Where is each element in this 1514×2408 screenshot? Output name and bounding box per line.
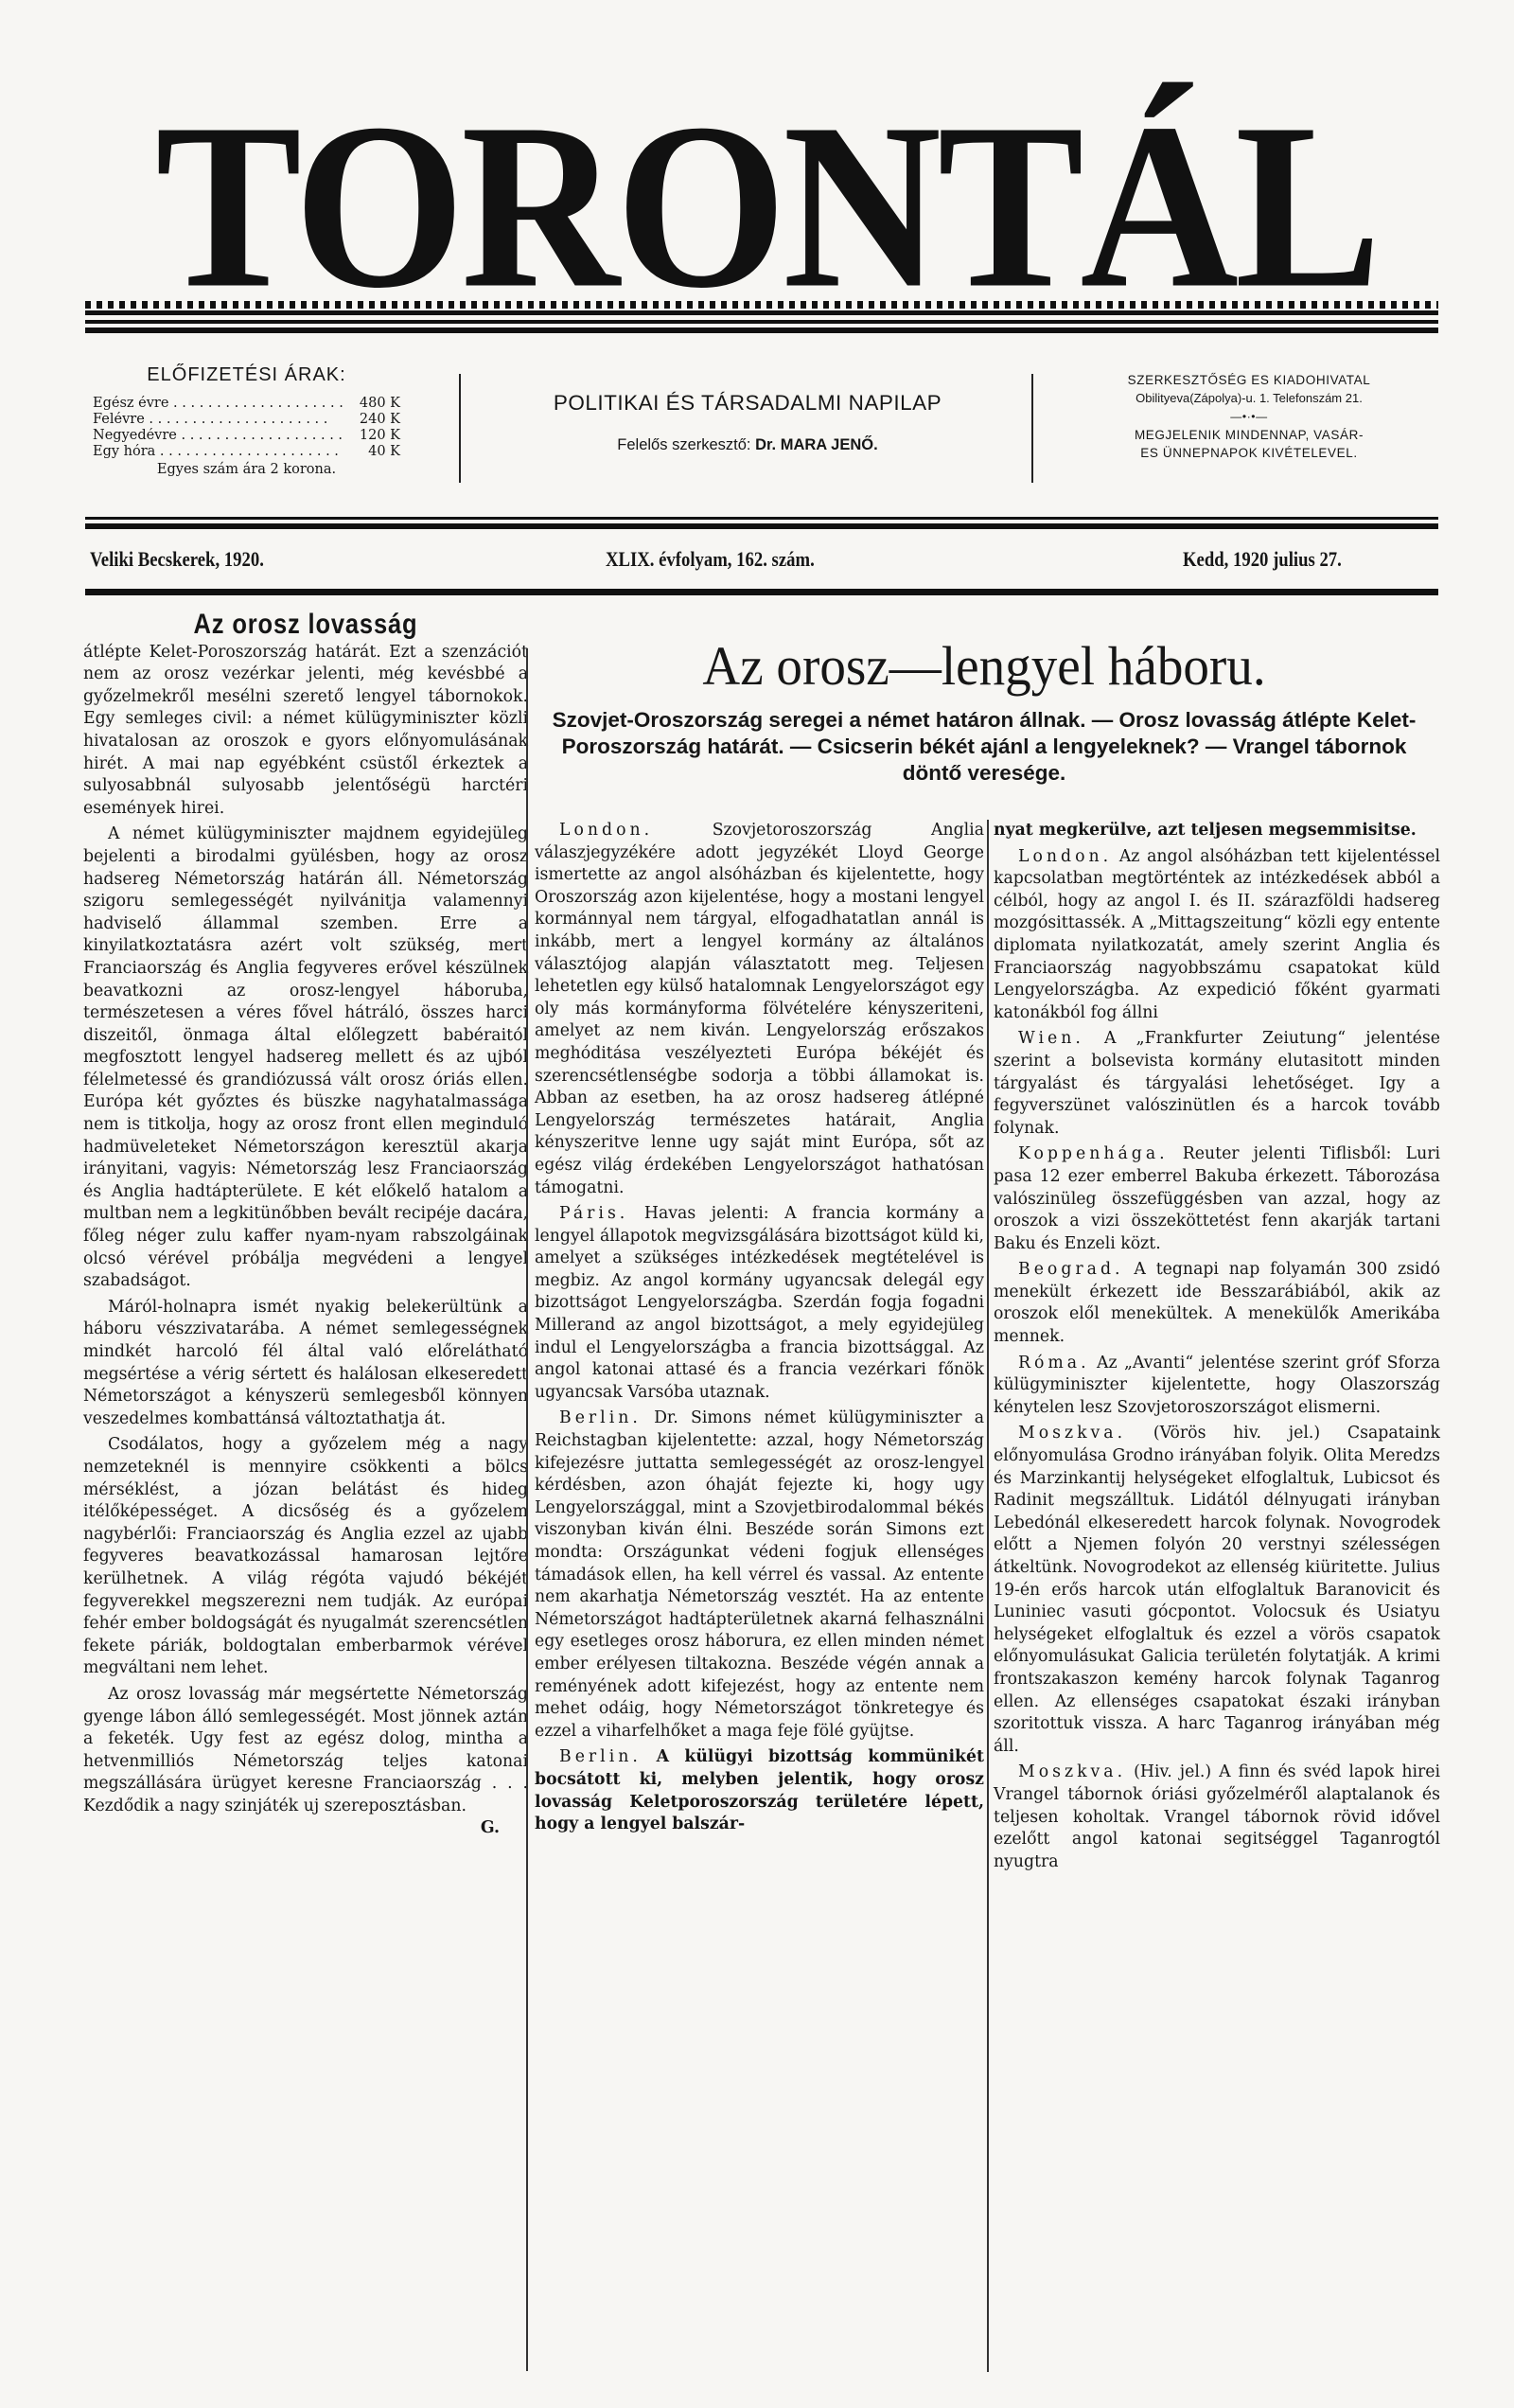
news-item: Beograd. A tegnapi nap folyamán 300 zsid… bbox=[994, 1259, 1440, 1348]
masthead-ornament bbox=[85, 301, 1438, 309]
news-dateline: London. bbox=[1018, 847, 1112, 866]
author-signature: G. bbox=[83, 1817, 528, 1840]
editor-line: Felelős szerkesztő: Dr. MARA JENŐ. bbox=[464, 436, 1031, 454]
place-year: Veliki Becskerek, 1920. bbox=[90, 547, 264, 572]
news-item: Berlin. Dr. Simons német külügyminiszter… bbox=[535, 1408, 984, 1743]
masthead-rule bbox=[85, 320, 1438, 324]
masthead-rule bbox=[85, 328, 1438, 333]
news-dateline: London. bbox=[559, 821, 653, 840]
news-item: Moszkva. (Hiv. jel.) A finn és svéd lapo… bbox=[994, 1762, 1440, 1873]
news-dateline: Berlin. bbox=[559, 1747, 642, 1766]
price-row: Felévre 240 K bbox=[93, 412, 400, 428]
column-divider bbox=[526, 648, 528, 2371]
editorial-article: Az orosz lovasság átlépte Kelet-Poroszor… bbox=[83, 613, 528, 1840]
news-dateline: Berlin. bbox=[559, 1408, 642, 1427]
news-column: nyat megkerülve, azt teljesen megsemmisi… bbox=[994, 820, 1440, 1873]
news-item: London. Szovjetoroszország Anglia válasz… bbox=[535, 820, 984, 1199]
newspaper-page: TORONTÁL ELŐFIZETÉSI ÁRAK: Egész évre 48… bbox=[0, 0, 1514, 2408]
news-column: London. Szovjetoroszország Anglia válasz… bbox=[535, 820, 984, 1836]
divider bbox=[1031, 374, 1033, 483]
news-dateline: Koppenhága. bbox=[1018, 1144, 1169, 1163]
rule bbox=[85, 523, 1438, 529]
price-row: Egy hóra 40 K bbox=[93, 444, 400, 460]
office-heading: SZERKESZTŐSÉG ES KIADOHIVATAL bbox=[1060, 371, 1438, 389]
news-item: Páris. Havas jelenti: A francia kormány … bbox=[535, 1203, 984, 1404]
news-dateline: Wien. bbox=[1018, 1029, 1084, 1048]
publication-schedule: ES ÜNNEPNAPOK KIVÉTELEVEL. bbox=[1060, 444, 1438, 462]
article-paragraph: átlépte Kelet-Poroszország határát. Ezt … bbox=[83, 642, 528, 821]
issue-date: Kedd, 1920 julius 27. bbox=[1183, 547, 1342, 572]
masthead-title: TORONTÁL bbox=[95, 99, 1438, 314]
subscription-prices: ELŐFIZETÉSI ÁRAK: Egész évre 480 K Felév… bbox=[93, 364, 400, 497]
article-paragraph: Az orosz lovasság már megsértette Németo… bbox=[83, 1684, 528, 1818]
news-dateline: Moszkva. bbox=[1018, 1762, 1126, 1781]
news-dateline: Beograd. bbox=[1018, 1260, 1124, 1279]
office-address: Obilityeva(Zápolya)-u. 1. Telefonszám 21… bbox=[1060, 389, 1438, 407]
news-item: Berlin. A külügyi bizottság kommünikét b… bbox=[535, 1746, 984, 1835]
price-row: Egész évre 480 K bbox=[93, 396, 400, 412]
ornament-separator: —•·•— bbox=[1060, 411, 1438, 422]
news-item: Róma. Az „Avanti“ jelentése szerint gróf… bbox=[994, 1353, 1440, 1420]
article-headline: Az orosz lovasság bbox=[116, 613, 495, 636]
rule bbox=[85, 517, 1438, 520]
news-dateline: Páris. bbox=[559, 1204, 628, 1223]
column-divider bbox=[987, 820, 989, 2372]
main-subheadline: Szovjet-Oroszország seregei a német hatá… bbox=[535, 707, 1434, 787]
main-headline: Az orosz—lengyel háboru. bbox=[553, 636, 1416, 697]
office-info: SZERKESZTŐSÉG ES KIADOHIVATAL Obilityeva… bbox=[1060, 371, 1438, 504]
article-paragraph: A német külügyminiszter majdnem egyidejü… bbox=[83, 823, 528, 1292]
rule bbox=[85, 589, 1438, 595]
tagline: POLITIKAI ÉS TÁRSADALMI NAPILAP bbox=[464, 391, 1031, 416]
article-paragraph: Csodálatos, hogy a győzelem még a nagy n… bbox=[83, 1434, 528, 1680]
news-dateline: Moszkva. bbox=[1018, 1424, 1126, 1443]
news-item: nyat megkerülve, azt teljesen megsemmisi… bbox=[994, 820, 1440, 842]
masthead-rule bbox=[85, 310, 1438, 315]
publication-info: POLITIKAI ÉS TÁRSADALMI NAPILAP Felelős … bbox=[464, 364, 1031, 497]
article-paragraph: Máról-holnapra ismét nyakig belekerültün… bbox=[83, 1297, 528, 1431]
news-item: London. Az angol alsóházban tett kijelen… bbox=[994, 846, 1440, 1025]
news-item: Koppenhága. Reuter jelenti Tiflisből: Lu… bbox=[994, 1143, 1440, 1255]
publication-schedule: MEGJELENIK MINDENNAP, VASÁR- bbox=[1060, 426, 1438, 444]
single-issue-price: Egyes szám ára 2 korona. bbox=[93, 462, 400, 477]
dateline: Veliki Becskerek, 1920. XLIX. évfolyam, … bbox=[90, 547, 1438, 575]
subscription-heading: ELŐFIZETÉSI ÁRAK: bbox=[93, 364, 400, 386]
news-item: Wien. A „Frankfurter Zeiutung“ jelentése… bbox=[994, 1028, 1440, 1140]
divider bbox=[459, 374, 461, 483]
issue-number: XLIX. évfolyam, 162. szám. bbox=[606, 547, 815, 572]
news-dateline: Róma. bbox=[1018, 1354, 1090, 1372]
news-item: Moszkva. (Vörös hiv. jel.) Csapataink el… bbox=[994, 1423, 1440, 1758]
price-row: Negyedévre 120 K bbox=[93, 428, 400, 444]
